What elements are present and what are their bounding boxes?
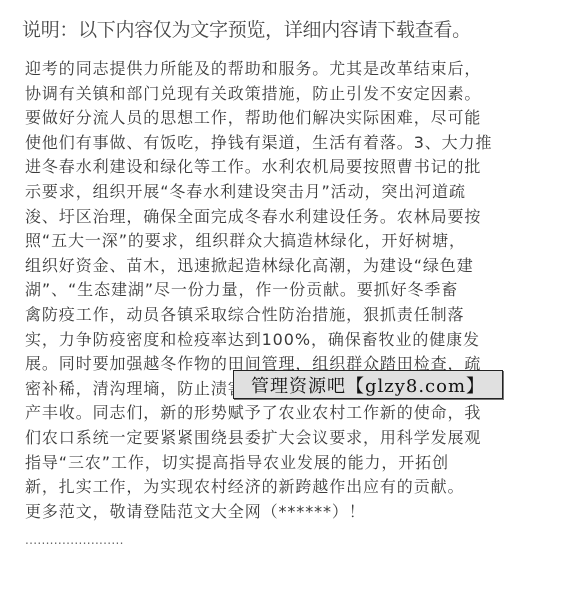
document-body: 迎考的同志提供力所能及的帮助和服务。尤其是改革结束后， 协调有关镇和部门兑现有关…: [25, 57, 565, 524]
text-line: 更多范文，敬请登陆范文大全网（******）！: [25, 500, 565, 525]
text-line: 新，扎实工作，为实现农村经济的新跨越作出应有的贡献。: [25, 475, 565, 500]
text-line: 照“五大一深”的要求，组织群众大搞造林绿化，开好树塘，: [25, 229, 565, 254]
text-line: 湖”、“生态建湖”尽一份力量，作一份贡献。要抓好冬季畜: [25, 278, 565, 303]
text-line: 实，力争防疫密度和检疫率达到100%，确保畜牧业的健康发: [25, 328, 565, 353]
text-line: 示要求，组织开展“冬春水利建设突击月”活动，突出河道疏: [25, 180, 565, 205]
text-line: 禽防疫工作，动员各镇采取综合性防治措施，狠抓责任制落: [25, 303, 565, 328]
text-line: 们农口系统一定要紧紧围绕县委扩大会议要求，用科学发展观: [25, 426, 565, 451]
text-line: 协调有关镇和部门兑现有关政策措施，防止引发不安定因素。: [25, 82, 565, 107]
dotted-separator: ........................: [25, 533, 124, 547]
text-line: 产丰收。同志们，新的形势赋予了农业农村工作新的使命，我: [25, 401, 565, 426]
preview-notice: 说明：以下内容仅为文字预览，详细内容请下载查看。: [22, 17, 471, 43]
text-line: 组织好资金、苗木，迅速掀起造林绿化高潮，为建设“绿色建: [25, 254, 565, 279]
text-line: 使他们有事做、有饭吃，挣钱有渠道，生活有着落。3、大力推: [25, 131, 565, 156]
text-line: 要做好分流人员的思想工作，帮助他们解决实际困难，尽可能: [25, 106, 565, 131]
text-line: 迎考的同志提供力所能及的帮助和服务。尤其是改革结束后，: [25, 57, 565, 82]
text-line: 进冬春水利建设和绿化等工作。水利农机局要按照曹书记的批: [25, 155, 565, 180]
text-line: 指导“三农”工作，切实提高指导农业发展的能力，开拓创: [25, 451, 565, 476]
text-line: 浚、圩区治理，确保全面完成冬春水利建设任务。农林局要按: [25, 205, 565, 230]
watermark-banner: 管理资源吧【glzy8.com】: [233, 370, 503, 399]
